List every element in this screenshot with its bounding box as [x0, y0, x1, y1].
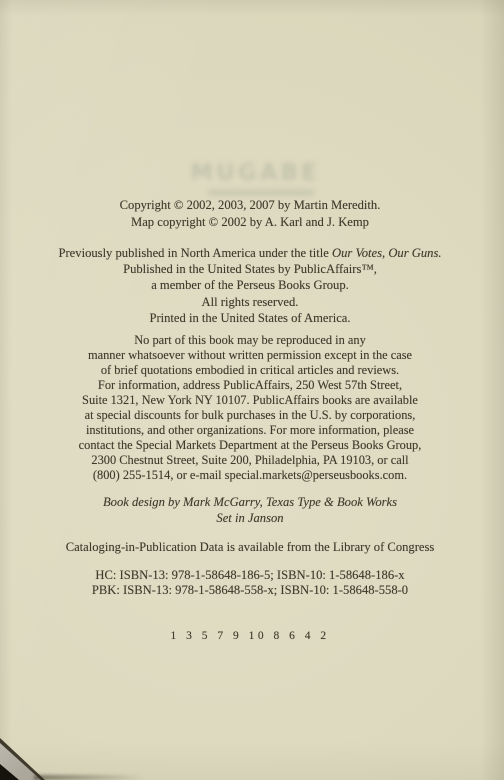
show-through-ghost-bar — [207, 189, 315, 196]
permissions-line: No part of this book may be reproduced i… — [38, 333, 462, 348]
permissions-line: of brief quotations embodied in critical… — [38, 363, 462, 378]
bottom-edge-shadow — [34, 775, 144, 780]
show-through-ghost-title: MUGABE — [175, 160, 335, 186]
cataloging-block: Cataloging-in-Publication Data is availa… — [38, 539, 462, 555]
former-title-italic: Our Votes, Our Guns. — [332, 246, 442, 260]
book-design-line: Book design by Mark McGarry, Texas Type … — [38, 494, 462, 510]
copyright-line: Copyright © 2002, 2003, 2007 by Martin M… — [38, 197, 462, 214]
copyright-block: Copyright © 2002, 2003, 2007 by Martin M… — [38, 197, 462, 230]
permissions-line: at special discounts for bulk purchases … — [38, 408, 462, 423]
permissions-line: contact the Special Markets Department a… — [38, 438, 462, 453]
printers-key: 1 3 5 7 9 10 8 6 4 2 — [38, 628, 462, 644]
book-design-block: Book design by Mark McGarry, Texas Type … — [38, 494, 462, 526]
previous-publication-prefix: Previously published in North America un… — [58, 246, 332, 260]
printed-in-line: Printed in the United States of America. — [38, 310, 462, 326]
typeface-line: Set in Janson — [38, 510, 462, 526]
permissions-line: 2300 Chestnut Street, Suite 200, Philade… — [38, 453, 462, 468]
map-copyright-line: Map copyright © 2002 by A. Karl and J. K… — [38, 214, 462, 231]
perseus-member-line: a member of the Perseus Books Group. — [38, 277, 462, 293]
previous-publication-line: Previously published in North America un… — [38, 245, 462, 261]
permissions-line: (800) 255-1514, or e-mail special.market… — [38, 468, 462, 483]
isbn-hc-line: HC: ISBN-13: 978-1-58648-186-5; ISBN-10:… — [38, 568, 462, 583]
published-by-line: Published in the United States by Public… — [38, 261, 462, 277]
isbn-block: HC: ISBN-13: 978-1-58648-186-5; ISBN-10:… — [38, 568, 462, 598]
permissions-line: manner whatsoever without written permis… — [38, 348, 462, 363]
cataloging-line: Cataloging-in-Publication Data is availa… — [38, 539, 462, 555]
publisher-block: Previously published in North America un… — [38, 245, 462, 326]
permissions-line: institutions, and other organizations. F… — [38, 423, 462, 438]
isbn-pbk-line: PBK: ISBN-13: 978-1-58648-558-x; ISBN-10… — [38, 583, 462, 598]
permissions-block: No part of this book may be reproduced i… — [38, 333, 462, 483]
book-copyright-page: MUGABE Copyright © 2002, 2003, 2007 by M… — [0, 0, 504, 780]
permissions-line: For information, address PublicAffairs, … — [38, 378, 462, 393]
permissions-line: Suite 1321, New York NY 10107. PublicAff… — [38, 393, 462, 408]
rights-reserved-line: All rights reserved. — [38, 294, 462, 310]
